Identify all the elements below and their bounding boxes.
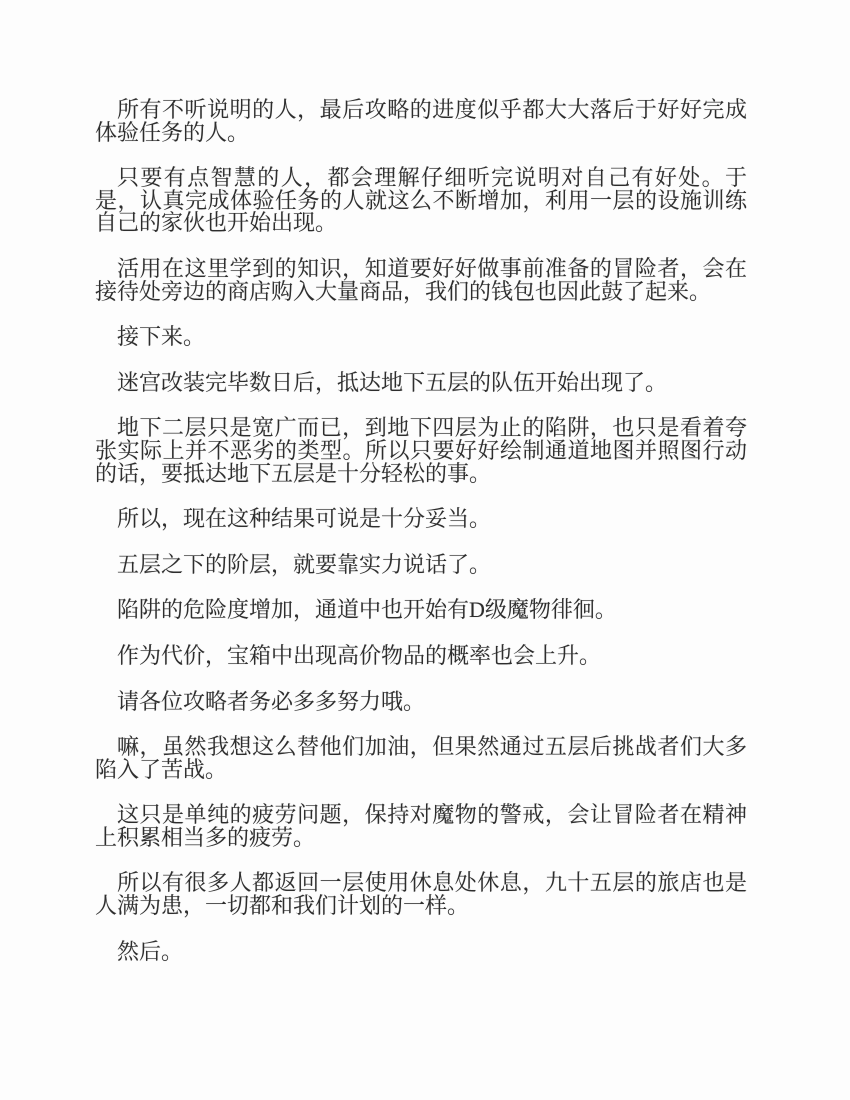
ebook-page: 所有不听说明的人，最后攻略的进度似乎都大大落后于好好完成体验任务的人。 只要有点… <box>0 0 850 1100</box>
paragraph: 活用在这里学到的知识，知道要好好做事前准备的冒险者，会在接待处旁边的商店购入大量… <box>95 258 747 303</box>
text-content: 所有不听说明的人，最后攻略的进度似乎都大大落后于好好完成体验任务的人。 只要有点… <box>95 99 747 963</box>
paragraph: 地下二层只是宽广而已，到地下四层为止的陷阱，也只是看着夸张实际上并不恶劣的类型。… <box>95 417 747 485</box>
paragraph: 迷宫改装完毕数日后，抵达地下五层的队伍开始出现了。 <box>95 372 747 395</box>
paragraph: 五层之下的阶层，就要靠实力说话了。 <box>95 554 747 577</box>
paragraph: 然后。 <box>95 941 747 964</box>
paragraph: 接下来。 <box>95 326 747 349</box>
paragraph: 请各位攻略者务必多多努力哦。 <box>95 691 747 714</box>
paragraph: 陷阱的危险度增加，通道中也开始有D级魔物徘徊。 <box>95 599 747 622</box>
paragraph: 所以，现在这种结果可说是十分妥当。 <box>95 508 747 531</box>
paragraph: 作为代价，宝箱中出现高价物品的概率也会上升。 <box>95 645 747 668</box>
paragraph: 只要有点智慧的人，都会理解仔细听完说明对自己有好处。于是，认真完成体验任务的人就… <box>95 167 747 235</box>
paragraph: 嘛，虽然我想这么替他们加油，但果然通过五层后挑战者们大多陷入了苦战。 <box>95 736 747 781</box>
paragraph: 这只是单纯的疲劳问题，保持对魔物的警戒，会让冒险者在精神上积累相当多的疲劳。 <box>95 804 747 849</box>
paragraph: 所有不听说明的人，最后攻略的进度似乎都大大落后于好好完成体验任务的人。 <box>95 99 747 144</box>
paragraph: 所以有很多人都返回一层使用休息处休息，九十五层的旅店也是人满为患，一切都和我们计… <box>95 872 747 917</box>
